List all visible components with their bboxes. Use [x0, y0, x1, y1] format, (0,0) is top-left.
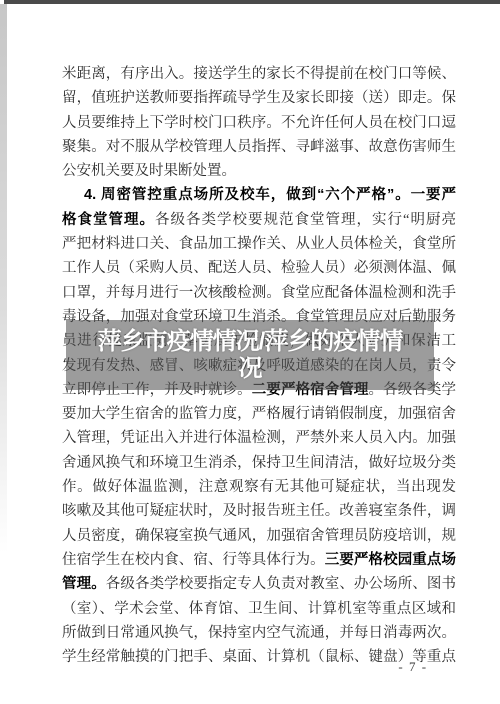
- text-line: 人员要维持上下学时校门口秩序。不允许任何人员在校门口逗留: [62, 111, 456, 135]
- text-line: 留，值班护送教师要指挥疏导学生及家长即接（送）即走。保安: [62, 86, 456, 110]
- text-segment-bold: 格食堂管理。: [62, 212, 155, 228]
- scan-left-shadow: [0, 4, 7, 554]
- watermark-text-line-1: 萍乡市疫情情况/萍乡的疫情情: [66, 328, 434, 355]
- text-line: 作。做好体温监测，注意观察有无其他可疑症状，当出现发热、: [62, 475, 456, 499]
- watermark-overlay: 萍乡市疫情情况/萍乡的疫情情 况: [66, 320, 434, 390]
- text-line: 所做到日常通风换气，保持室内空气流通，并每日消毒两次。对: [62, 621, 456, 645]
- text-segment: 人员要维持上下学时校门口秩序。不允许任何人员在校门口逗留: [62, 115, 456, 135]
- text-segment: 各级各类学校要指定专人负责对教室、办公场所、图书馆: [62, 576, 456, 596]
- text-segment: 人员密度，确保寝室换气通风，加强宿舍管理员防疫培训，规范: [62, 528, 456, 548]
- text-segment-bold: 4. 周密管控重点场所及校车，做到“六个严格”。一要严: [84, 187, 456, 203]
- text-segment: 严把材料进口关、食品加工操作关、从业人员体检关，食堂所有: [62, 236, 456, 256]
- text-line: 聚集。对不服从学校管理人员指挥、寻衅滋事、故意伤害师生的，: [62, 135, 456, 159]
- text-line: （室）、学术会堂、体育馆、卫生间、计算机室等重点区域和场: [62, 597, 456, 621]
- text-segment: 作。做好体温监测，注意观察有无其他可疑症状，当出现发热、: [62, 479, 456, 499]
- text-segment: 住宿学生在校内食、宿、行等具体行为。: [62, 552, 325, 568]
- scan-top-edge: [0, 0, 500, 4]
- text-segment: 口罩，并每月进行一次核酸检测。食堂应配备体温检测和洗手消: [62, 285, 456, 305]
- text-line: 4. 周密管控重点场所及校车，做到“六个严格”。一要严: [62, 183, 456, 207]
- text-segment: 咳嗽及其他可疑症状时，及时报告班主任。改善寝室条件，调整: [62, 503, 456, 523]
- text-segment: 所做到日常通风换气，保持室内空气流通，并每日消毒两次。对: [62, 625, 456, 645]
- text-line: 咳嗽及其他可疑症状时，及时报告班主任。改善寝室条件，调整: [62, 499, 456, 523]
- text-segment: 米距离，有序出入。接送学生的家长不得提前在校门口等候、停: [62, 66, 456, 86]
- text-line: 要加大学生宿舍的监管力度，严格履行请销假制度，加强宿舍出: [62, 402, 456, 426]
- watermark-text-line-2: 况: [66, 355, 434, 382]
- text-segment: （室）、学术会堂、体育馆、卫生间、计算机室等重点区域和场: [62, 601, 456, 621]
- text-line: 口罩，并每月进行一次核酸检测。食堂应配备体温检测和洗手消: [62, 281, 456, 305]
- text-line: 舍通风换气和环境卫生消杀，保持卫生间清洁，做好垃圾分类工: [62, 451, 456, 475]
- text-segment: 聚集。对不服从学校管理人员指挥、寻衅滋事、故意伤害师生的，: [62, 139, 456, 159]
- text-line: 公安机关要及时果断处置。: [62, 159, 456, 183]
- text-segment: 舍通风换气和环境卫生消杀，保持卫生间清洁，做好垃圾分类工: [62, 455, 456, 475]
- text-line: 米距离，有序出入。接送学生的家长不得提前在校门口等候、停: [62, 62, 456, 86]
- text-line: 住宿学生在校内食、宿、行等具体行为。三要严格校园重点场所: [62, 548, 456, 572]
- scanned-document-page: 米距离，有序出入。接送学生的家长不得提前在校门口等候、停留，值班护送教师要指挥疏…: [0, 0, 500, 704]
- text-segment: 公安机关要及时果断处置。: [62, 163, 236, 179]
- text-line: 管理。各级各类学校要指定专人负责对教室、办公场所、图书馆: [62, 572, 456, 596]
- text-segment: 要加大学生宿舍的监管力度，严格履行请销假制度，加强宿舍出: [62, 406, 456, 426]
- text-segment-bold: 管理。: [62, 576, 106, 592]
- text-segment: 留，值班护送教师要指挥疏导学生及家长即接（送）即走。保安: [62, 90, 456, 110]
- text-line: 格食堂管理。各级各类学校要规范食堂管理，实行“明厨亮灶”，: [62, 208, 456, 232]
- text-line: 人员密度，确保寝室换气通风，加强宿舍管理员防疫培训，规范: [62, 524, 456, 548]
- text-line: 入管理，凭证出入并进行体温检测，严禁外来人员入内。加强宿: [62, 426, 456, 450]
- text-line: 严把材料进口关、食品加工操作关、从业人员体检关，食堂所有: [62, 232, 456, 256]
- page-number: - 7 -: [388, 659, 438, 675]
- text-segment: 工作人员（采购人员、配送人员、检验人员）必须测体温、佩戴: [62, 260, 456, 280]
- text-segment: 入管理，凭证出入并进行体温检测，严禁外来人员入内。加强宿: [62, 430, 456, 450]
- text-line: 工作人员（采购人员、配送人员、检验人员）必须测体温、佩戴: [62, 256, 456, 280]
